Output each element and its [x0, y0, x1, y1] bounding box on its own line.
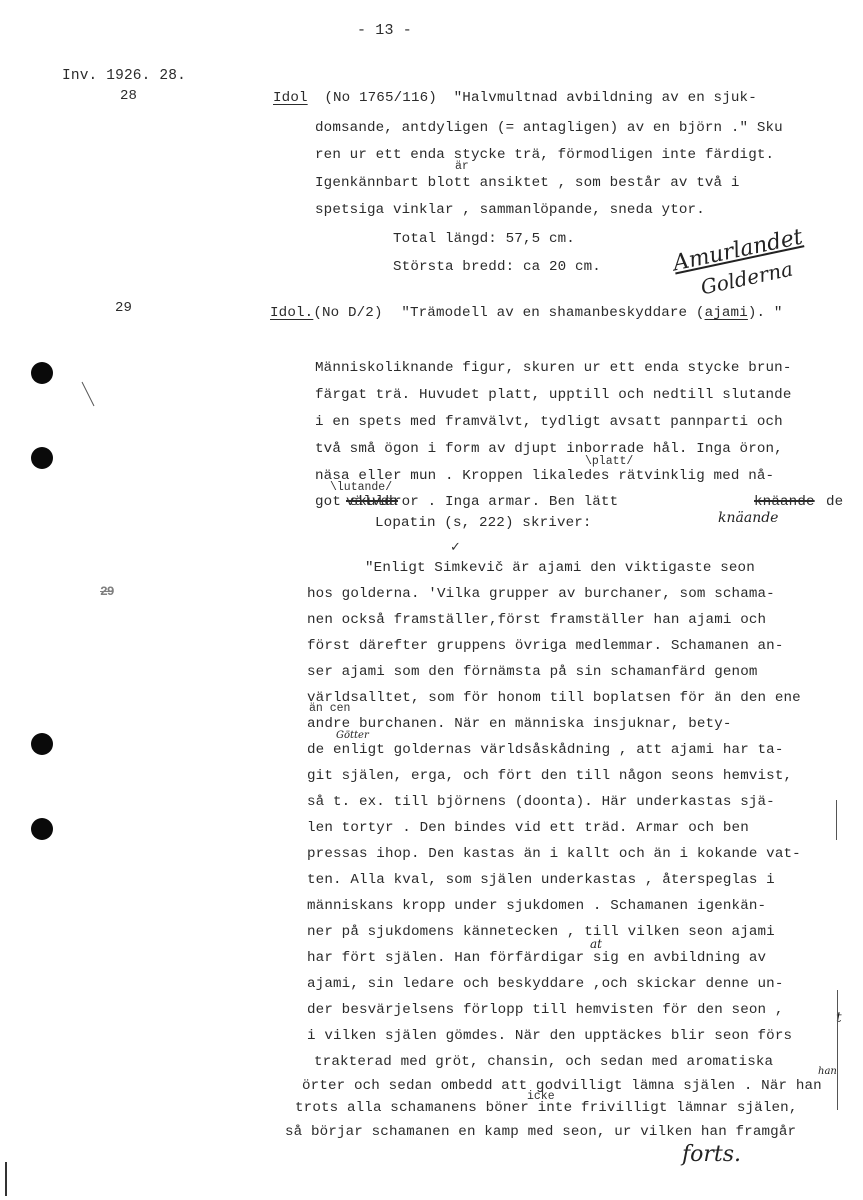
measurement-width: Största bredd: ca 20 cm. [393, 259, 601, 275]
quote-line: världsalltet, som för honom till boplats… [307, 690, 801, 706]
catalog-number: (No 1765/116) [324, 90, 437, 106]
insert-an-cen: än cen [309, 702, 350, 715]
quote-line: de enligt goldernas världsåskådning , at… [307, 742, 784, 758]
margin-line [836, 800, 837, 840]
entry-text-line: ren ur ett enda stycke trä, förmodligen … [315, 147, 774, 163]
quote-line: "Enligt Simkevič är ajami den viktigaste… [365, 560, 755, 576]
entry-text-line: spetsiga vinklar , sammanlöpande, sneda … [315, 202, 705, 218]
quote-line: der besvärjelsens förlopp till hemvisten… [307, 1002, 784, 1018]
inventory-number: Inv. 1926. 28. [62, 68, 186, 84]
quote-line: trots alla schamanens böner inte frivill… [295, 1100, 798, 1116]
insert-platt: \platt/ [585, 455, 633, 468]
quote-line: len tortyr . Den bindes vid ett träd. Ar… [307, 820, 749, 836]
quote-line: ser ajami som den förnämsta på sin scham… [307, 664, 758, 680]
description-line: två små ögon i form av djupt inborrade h… [315, 441, 783, 457]
quote-line: ner på sjukdomens kännetecken , till vil… [307, 924, 775, 940]
description-line: färgat trä. Huvudet platt, upptill och n… [315, 387, 792, 403]
insert-lutande: \lutande/ [330, 481, 392, 494]
quote-line: git själen, erga, och fört den till någo… [307, 768, 792, 784]
pencil-mark [80, 380, 100, 410]
struck-word: välvda [346, 494, 398, 510]
description-line: i en spets med framvälvt, tydligt avsatt… [315, 414, 783, 430]
margin-line [837, 990, 838, 1110]
struck-word: knäande [754, 494, 815, 510]
quote-line: trakterad med gröt, chansin, och sedan m… [314, 1054, 773, 1070]
measurement-length: Total längd: 57,5 cm. [393, 231, 575, 247]
quote-line: har fört själen. Han förfärdigar sig en … [307, 950, 766, 966]
entry-28-heading-line: Idol (No 1765/116) "Halvmultnad avbildni… [273, 90, 757, 106]
quote-line: så t. ex. till björnens (doonta). Här un… [307, 794, 775, 810]
entry-29-heading-line: Idol.(No D/2) "Trämodell av en shamanbes… [270, 305, 783, 321]
term-ajami: ajami [705, 305, 748, 321]
handwritten-insert: at [590, 937, 602, 951]
insert-ar: är [455, 160, 469, 173]
handwritten-insert: han [818, 1066, 837, 1077]
quote-line: andre burchanen. När en människa insjukn… [307, 716, 732, 732]
punch-hole [31, 733, 53, 755]
quote-line: örter och sedan ombedd att godvilligt lä… [302, 1078, 822, 1094]
description-line: Människoliknande figur, skuren ur ett en… [315, 360, 792, 376]
quote-line: nen också framställer,först framställer … [307, 612, 766, 628]
quote-line: ten. Alla kval, som själen underkastas ,… [307, 872, 775, 888]
handwritten-correction: knäande [718, 510, 778, 526]
entry-text-line: "Halvmultnad avbildning av en sjuk- [454, 90, 757, 106]
quote-line: i vilken själen gömdes. När den upptäcke… [307, 1028, 792, 1044]
entry-heading: Idol [273, 90, 308, 106]
quote-line: så börjar schamanen en kamp med seon, ur… [285, 1124, 796, 1140]
page-number: - 13 - [357, 22, 412, 39]
typed-suffix: de [826, 494, 843, 510]
punch-hole [31, 818, 53, 840]
quote-line: först därefter gruppens övriga medlemmar… [307, 638, 784, 654]
quote-line: människans kropp under sjukdomen . Scham… [307, 898, 766, 914]
punch-hole [31, 447, 53, 469]
margin-item-29: 29 [115, 300, 132, 316]
margin-stamp: 29 [100, 584, 114, 599]
handwritten-insert: Götter [336, 730, 369, 741]
title-quote: "Trämodell av en shamanbeskyddare ( [401, 305, 704, 321]
check-mark-icon: ✓ [450, 540, 461, 555]
entry-text-line: Igenkännbart blott ansiktet , som består… [315, 175, 740, 191]
catalog-number: (No D/2) [313, 305, 382, 321]
title-end: ). " [748, 305, 783, 321]
edge-mark [0, 1160, 12, 1200]
quote-line: pressas ihop. Den kastas än i kallt och … [307, 846, 801, 862]
quote-line: ajami, sin ledare och beskyddare ,och sk… [307, 976, 784, 992]
continued-note: forts. [682, 1142, 741, 1167]
citation-line: Lopatin (s, 222) skriver: [375, 515, 592, 531]
punch-hole [31, 362, 53, 384]
entry-text-line: domsande, antdyligen (= antagligen) av e… [315, 120, 783, 136]
margin-item-28: 28 [120, 88, 137, 104]
entry-heading: Idol. [270, 305, 313, 321]
quote-line: hos golderna. 'Vilka grupper av burchane… [307, 586, 775, 602]
